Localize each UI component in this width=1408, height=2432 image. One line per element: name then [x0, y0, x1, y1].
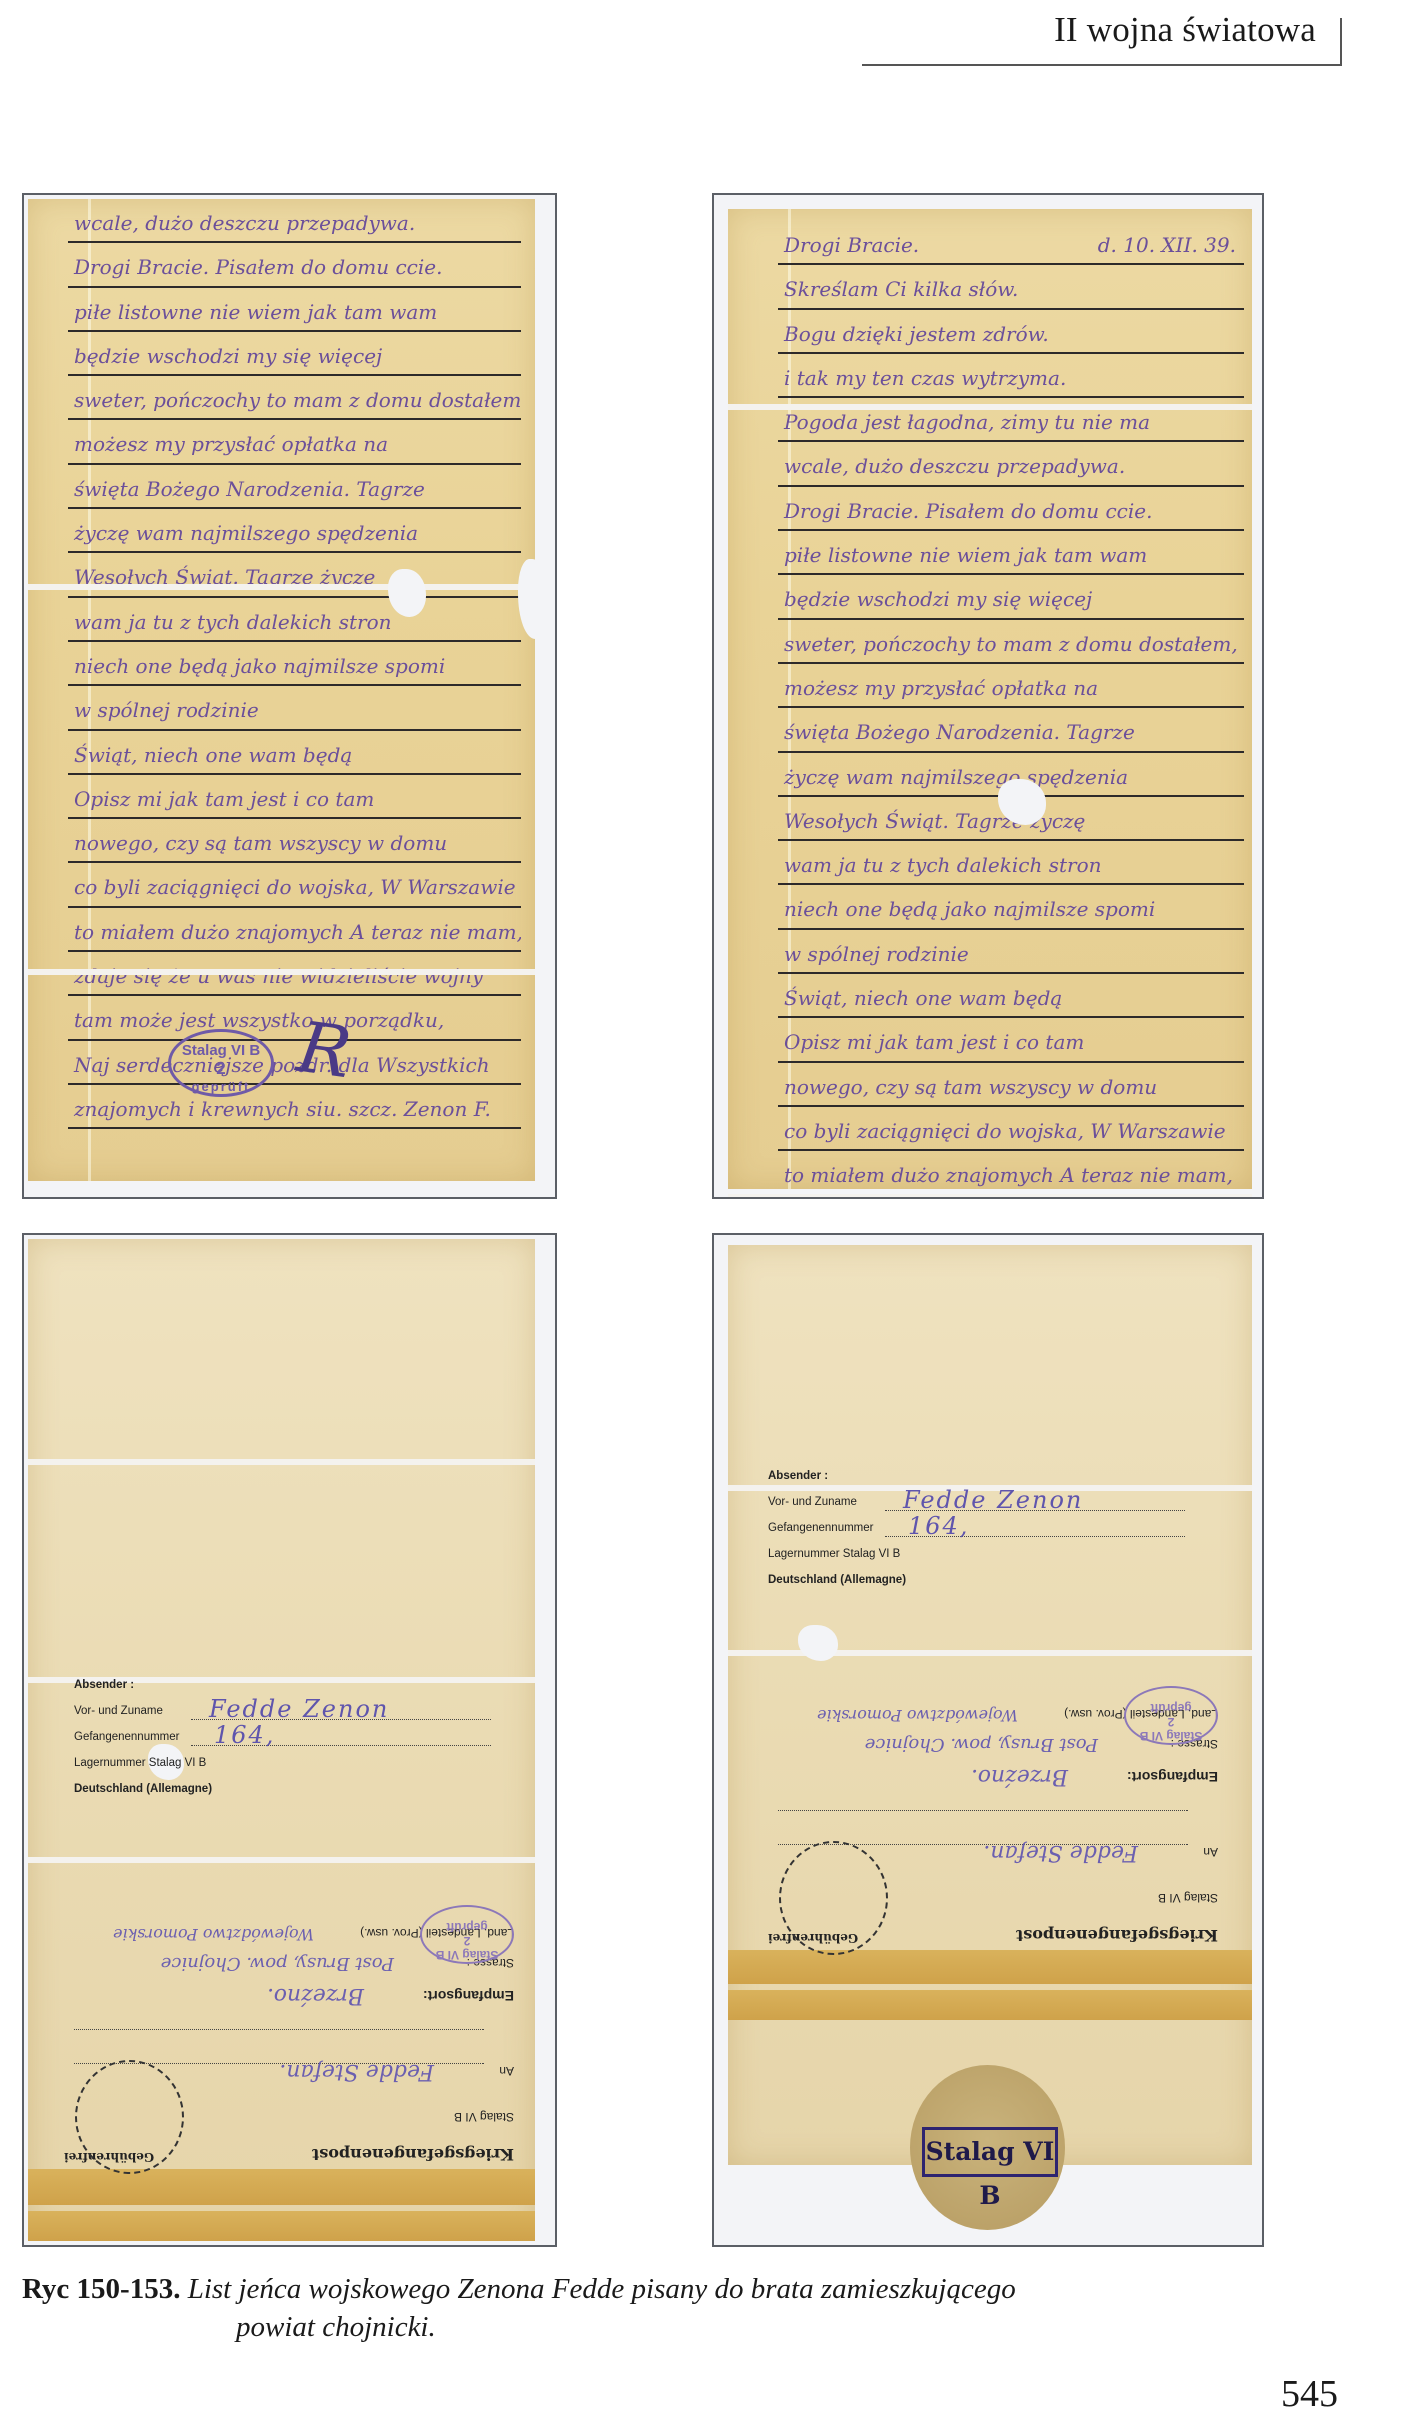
- letter-paper: Drogi Bracie. d. 10. XII. 39. Skreślam C…: [728, 209, 1252, 1189]
- handwritten-line: wam ja tu z tych dalekich stron: [778, 841, 1244, 885]
- fold-line: [28, 1459, 535, 1465]
- prisoner-number-value: 164,: [214, 1721, 275, 1749]
- handwritten-line: Drogi Bracie. Pisałem do domu ccie.: [778, 487, 1244, 531]
- handwritten-line: co byli zaciągnięci do wojska, W Warszaw…: [68, 863, 521, 907]
- handwritten-line: niech one będą jako najmilsze spomi: [778, 885, 1244, 929]
- handwritten-line: Opisz mi jak tam jest i co tam: [778, 1018, 1244, 1062]
- handwritten-line: święta Bożego Narodzenia. Tagrze: [68, 465, 521, 509]
- handwritten-line: święta Bożego Narodzenia. Tagrze: [778, 708, 1244, 752]
- fold-line: [728, 1194, 1252, 1199]
- handwritten-line: co byli zaciągnięci do wojska, W Warszaw…: [778, 1107, 1244, 1151]
- handwritten-line: będzie wschodzi my się więcej: [68, 332, 521, 376]
- postmark: [75, 2060, 184, 2174]
- tape-strip: [28, 2211, 535, 2241]
- handwritten-line: będzie wschodzi my się więcej: [778, 575, 1244, 619]
- handwritten-line: wcale, dużo deszczu przepadywa.: [68, 199, 521, 243]
- handwritten-line: Wesołych Świąt. Tagrze życzę: [68, 553, 521, 597]
- censor-stamp: Stalag VI B 2 geprüft: [168, 1029, 274, 1097]
- fold-line: [28, 584, 535, 590]
- letter-paper: Absender : Vor- und Zuname Fedde Zenon G…: [728, 1245, 1252, 2165]
- sender-form: Absender : Vor- und Zuname Fedde Zenon G…: [768, 1470, 1208, 1600]
- handwritten-line: tam może jest wszystko w porządku,: [68, 996, 521, 1040]
- handwritten-line: piłe listowne nie wiem jak tam wam: [778, 531, 1244, 575]
- handwritten-text: Drogi Bracie. d. 10. XII. 39. Skreślam C…: [728, 221, 1252, 1199]
- tape-strip: [728, 1950, 1252, 1984]
- address-block-upside-down: Kriegsgefangenenpost Gebührenfrei Stalag…: [54, 1844, 514, 2164]
- handwritten-line: to miałem dużo znajomych A teraz nie mam…: [68, 908, 521, 952]
- censor-stamp-small: Stalag VI B 2 geprüft: [420, 1905, 514, 1964]
- postmark: [779, 1841, 888, 1955]
- handwritten-line: Bogu dzięki jestem zdrów.: [778, 310, 1244, 354]
- handwritten-line: możesz my przysłać opłatka na: [778, 664, 1244, 708]
- handwritten-line: niech one będą jako najmilsze spomi: [68, 642, 521, 686]
- handwritten-line: Skreślam Ci kilka słów.: [778, 265, 1244, 309]
- handwritten-line: nowego, czy są tam wszyscy w domu: [778, 1063, 1244, 1107]
- handwritten-line: piłe listowne nie wiem jak tam wam: [68, 288, 521, 332]
- photo-letter-page-continuation: wcale, dużo deszczu przepadywa.Drogi Bra…: [22, 193, 557, 1199]
- handwritten-line: w spólnej rodzinie: [778, 930, 1244, 974]
- letter-paper: Absender : Vor- und Zuname Fedde Zenon G…: [28, 1239, 535, 2235]
- handwritten-line: Opisz mi jak tam jest i co tam: [68, 775, 521, 819]
- handwritten-text: wcale, dużo deszczu przepadywa.Drogi Bra…: [28, 199, 535, 1129]
- letter-paper: wcale, dużo deszczu przepadywa.Drogi Bra…: [28, 199, 535, 1181]
- handwritten-line: i tak my ten czas wytrzyma.: [778, 354, 1244, 398]
- tape-strip: [728, 1990, 1252, 2020]
- header-rule: [1340, 18, 1342, 66]
- address-block-upside-down: Kriegsgefangenenpost Gebührenfrei Stalag…: [758, 1645, 1218, 1945]
- tape-strip: [28, 2169, 535, 2205]
- sender-name-value: Fedde Zenon: [209, 1695, 389, 1723]
- handwritten-line: sweter, pończochy to mam z domu dostałem…: [68, 376, 521, 420]
- running-title: II wojna światowa: [1054, 10, 1316, 50]
- handwritten-line: możesz my przysłać opłatka na: [68, 420, 521, 464]
- fold-line: [728, 404, 1252, 410]
- handwritten-line: w spólnej rodzinie: [68, 686, 521, 730]
- fold-line: [28, 969, 535, 975]
- caption-text: List jeńca wojskowego Zenona Fedde pisan…: [188, 2273, 1016, 2305]
- stalag-seal: Stalag VI B: [910, 2065, 1065, 2230]
- handwritten-line: wcale, dużo deszczu przepadywa.: [778, 442, 1244, 486]
- handwritten-line: znajomych i krewnych siu. szcz. Zenon F.: [68, 1085, 521, 1129]
- handwritten-line: Świąt, niech one wam będą: [778, 974, 1244, 1018]
- caption-label: Ryc 150-153.: [22, 2273, 180, 2305]
- censor-stamp-small: Stalag VI B 2 geprüft: [1124, 1686, 1218, 1745]
- handwritten-line: wam ja tu z tych dalekich stron: [68, 598, 521, 642]
- sender-form: Absender : Vor- und Zuname Fedde Zenon G…: [74, 1679, 514, 1809]
- handwritten-line: sweter, pończochy to mam z domu dostałem…: [778, 620, 1244, 664]
- figure-caption: Ryc 150-153. List jeńca wojskowego Zenon…: [22, 2270, 1322, 2346]
- photo-letter-page-beginning: Drogi Bracie. d. 10. XII. 39. Skreślam C…: [712, 193, 1264, 1199]
- handwritten-line: nowego, czy są tam wszyscy w domu: [68, 819, 521, 863]
- photo-letter-address-side: Absender : Vor- und Zuname Fedde Zenon G…: [22, 1233, 557, 2247]
- photo-letter-address-side-sealed: Absender : Vor- und Zuname Fedde Zenon G…: [712, 1233, 1264, 2247]
- running-header: II wojna światowa: [862, 0, 1342, 66]
- censor-signature: R: [293, 1006, 357, 1095]
- handwritten-line: życzę wam najmilszego spędzenia: [68, 509, 521, 553]
- caption-text-continued: powiat chojnicki.: [22, 2308, 1322, 2346]
- handwritten-line: Drogi Bracie. Pisałem do domu ccie.: [68, 243, 521, 287]
- handwritten-line: to miałem dużo znajomych A teraz nie mam…: [778, 1151, 1244, 1195]
- page-number: 545: [1281, 2372, 1338, 2416]
- handwritten-line: Świąt, niech one wam będą: [68, 731, 521, 775]
